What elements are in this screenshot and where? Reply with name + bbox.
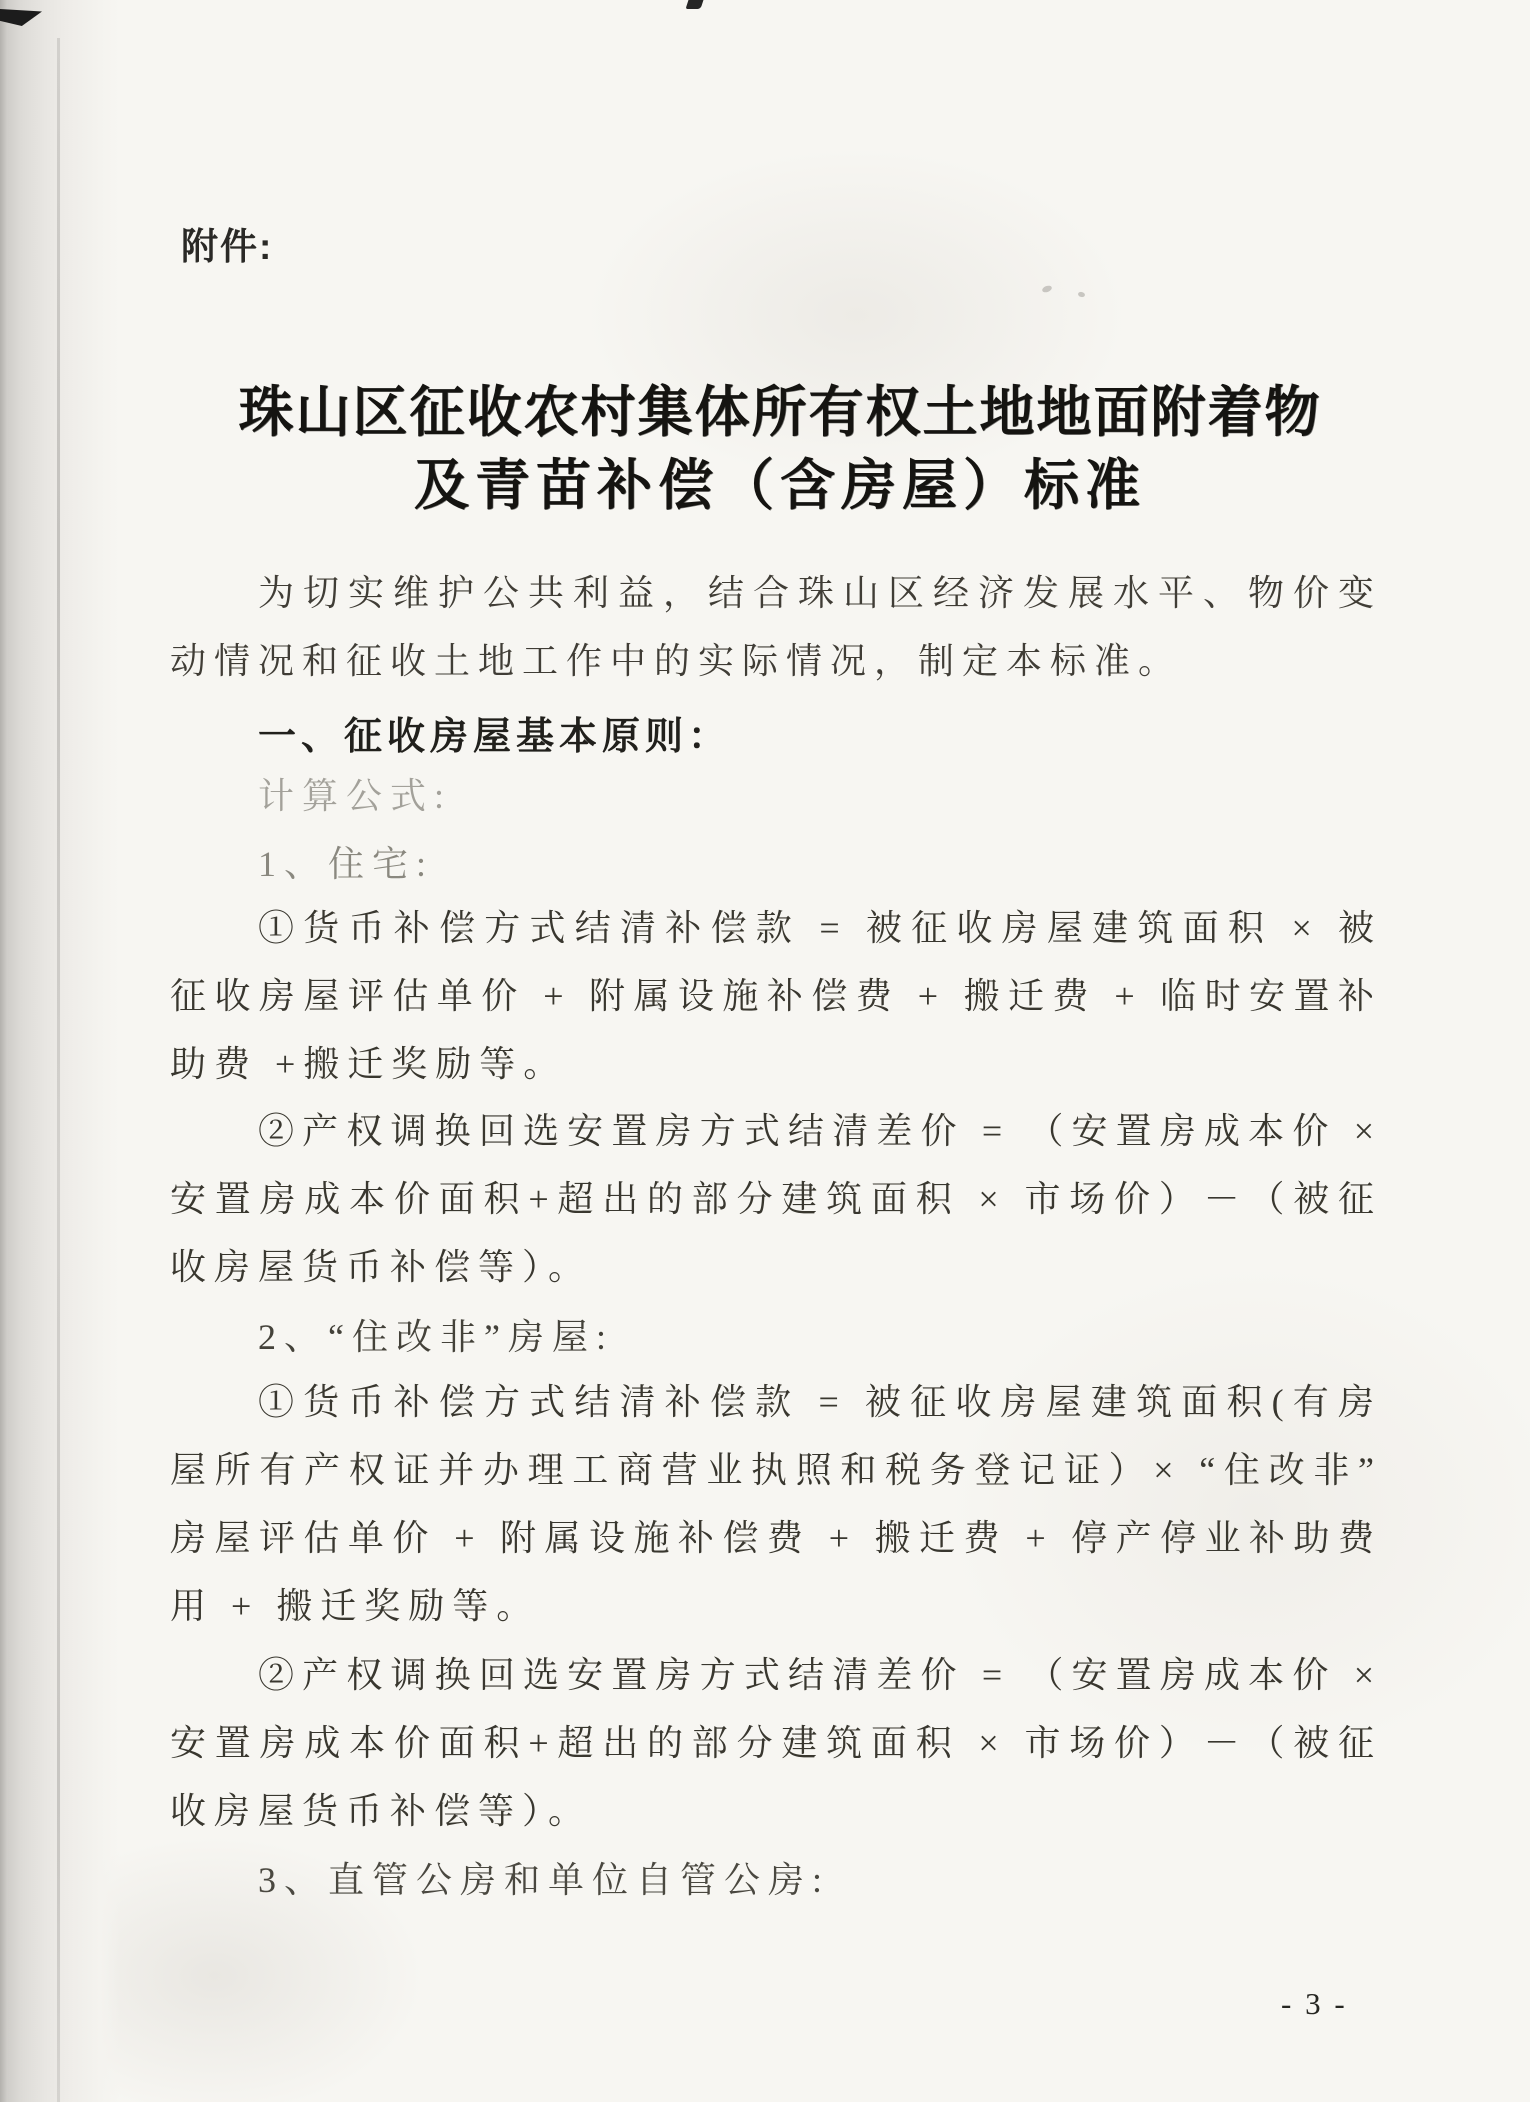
scan-left-edge-shadow bbox=[0, 0, 120, 2102]
title-line-2: 及青苗补偿（含房屋）标准 bbox=[414, 455, 1146, 516]
scan-noise-mark bbox=[1077, 291, 1085, 298]
attachment-label: 附件: bbox=[181, 216, 273, 270]
item-1-clause-1: ①货币补偿方式结清补偿款 = 被征收房屋建筑面积 × 被征收房屋评估单价 + 附… bbox=[170, 894, 1382, 1098]
item-2-clause-1: ①货币补偿方式结清补偿款 = 被征收房屋建筑面积(有房屋所有产权证并办理工商营业… bbox=[170, 1368, 1382, 1640]
item-2-clause-2: ②产权调换回选安置房方式结清差价 = （安置房成本价 × 安置房成本价面积+超出… bbox=[170, 1641, 1382, 1845]
item-2-heading: 2、“住改非”房屋: bbox=[170, 1303, 1382, 1371]
document-title: 珠山区征收农村集体所有权土地地面附着物 及青苗补偿（含房屋）标准 bbox=[30, 376, 1530, 522]
scanned-page: 附件: 珠山区征收农村集体所有权土地地面附着物 及青苗补偿（含房屋）标准 为切实… bbox=[0, 0, 1530, 2102]
scan-noise-mark bbox=[1041, 284, 1052, 293]
scan-left-edge-line bbox=[57, 38, 60, 2102]
section-1-heading: 一、征收房屋基本原则： bbox=[170, 705, 1382, 760]
item-1-heading: 1、住宅: bbox=[170, 830, 1382, 898]
scan-top-edge-artifact bbox=[686, 0, 704, 9]
title-line-1: 珠山区征收农村集体所有权土地地面附着物 bbox=[238, 382, 1321, 443]
item-1-clause-2: ②产权调换回选安置房方式结清差价 = （安置房成本价 × 安置房成本价面积+超出… bbox=[170, 1097, 1382, 1301]
intro-paragraph: 为切实维护公共利益，结合珠山区经济发展水平、物价变动情况和征收土地工作中的实际情… bbox=[170, 559, 1382, 695]
page-number: - 3 - bbox=[1281, 1986, 1348, 2022]
formula-label: 计算公式: bbox=[170, 762, 1382, 830]
item-3-heading: 3、直管公房和单位自管公房: bbox=[170, 1846, 1382, 1914]
